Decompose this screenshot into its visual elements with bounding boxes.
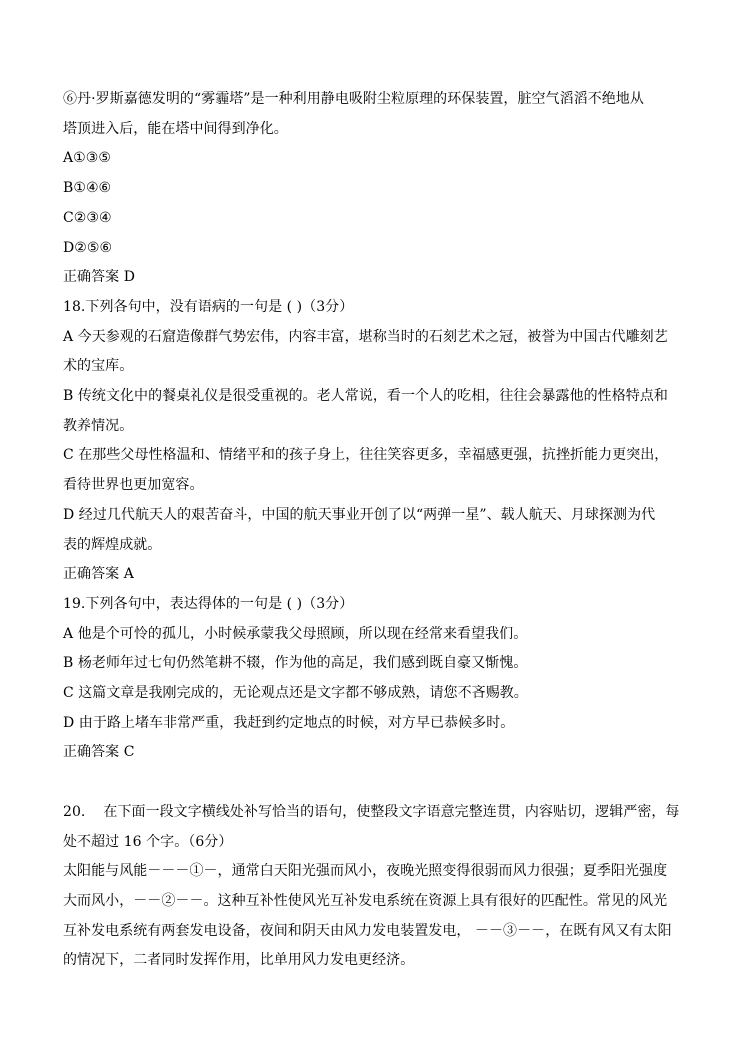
doc-line-q19-option-c: C 这篇文章是我刚完成的，无论观点还是文字都不够成熟，请您不吝赐教。 xyxy=(63,679,683,709)
doc-line-q18-option-a: A 今天参观的石窟造像群气势宏伟，内容丰富，堪称当时的石刻艺术之冠，被誉为中国古… xyxy=(63,323,683,353)
doc-line-option-b: B①④⑥ xyxy=(63,174,683,204)
doc-line-q18-option-d-cont: 表的辉煌成就。 xyxy=(63,531,683,561)
doc-line-question-18: 18.下列各句中，没有语病的一句是 ( )（3分） xyxy=(63,293,683,323)
doc-line-q19-option-a: A 他是个可怜的孤儿，小时候承蒙我父母照顾，所以现在经常来看望我们。 xyxy=(63,620,683,650)
document-page: ⑥丹·罗斯嘉德发明的“雾霾塔”是一种利用静电吸附尘粒原理的环保装置，脏空气滔滔不… xyxy=(63,85,683,976)
doc-line-item6-statement-cont: 塔顶进入后，能在塔中间得到净化。 xyxy=(63,115,683,145)
doc-line-option-a: A①③⑤ xyxy=(63,144,683,174)
doc-line-q18-option-b-cont: 教养情况。 xyxy=(63,412,683,442)
doc-line-q18-option-d: D 经过几代航天人的艰苦奋斗，中国的航天事业开创了以“两弹一星”、载人航天、月球… xyxy=(63,501,683,531)
doc-line-question-20: 20. 在下面一段文字横线处补写恰当的语句，使整段文字语意完整连贯，内容贴切，逻… xyxy=(63,798,683,828)
doc-line-q20-passage-2: 大而风小，－－②－－。这种互补性使风光互补发电系统在资源上具有很好的匹配性。常见… xyxy=(63,887,683,917)
doc-line-question-20-cont: 处不超过 16 个字。（6分） xyxy=(63,828,683,858)
doc-line-blank xyxy=(63,768,683,798)
doc-line-q18-option-c: C 在那些父母性格温和、情绪平和的孩子身上，往往笑容更多，幸福感更强，抗挫折能力… xyxy=(63,441,683,471)
doc-line-q18-option-c-cont: 看待世界也更加宽容。 xyxy=(63,471,683,501)
doc-line-q19-option-b: B 杨老师年过七旬仍然笔耕不辍，作为他的高足，我们感到既自豪又惭愧。 xyxy=(63,649,683,679)
doc-line-item6-statement: ⑥丹·罗斯嘉德发明的“雾霾塔”是一种利用静电吸附尘粒原理的环保装置，脏空气滔滔不… xyxy=(63,85,683,115)
doc-line-q20-passage-3: 互补发电系统有两套发电设备，夜间和阴天由风力发电装置发电， －－③－－，在既有风… xyxy=(63,917,683,947)
doc-line-q18-option-a-cont: 术的宝库。 xyxy=(63,352,683,382)
doc-line-option-d: D②⑤⑥ xyxy=(63,234,683,264)
doc-line-q20-passage-1: 太阳能与风能－－－①－，通常白天阳光强而风小，夜晚光照变得很弱而风力很强；夏季阳… xyxy=(63,857,683,887)
doc-line-answer-d: 正确答案 D xyxy=(63,263,683,293)
doc-line-q18-option-b: B 传统文化中的餐桌礼仪是很受重视的。老人常说，看一个人的吃相，往往会暴露他的性… xyxy=(63,382,683,412)
doc-line-option-c: C②③④ xyxy=(63,204,683,234)
doc-line-question-19: 19.下列各句中，表达得体的一句是 ( )（3分） xyxy=(63,590,683,620)
doc-line-q19-option-d: D 由于路上堵车非常严重，我赶到约定地点的时候，对方早已恭候多时。 xyxy=(63,709,683,739)
doc-line-answer-a: 正确答案 A xyxy=(63,560,683,590)
doc-line-q20-passage-4: 的情况下，二者同时发挥作用，比单用风力发电更经济。 xyxy=(63,946,683,976)
doc-line-answer-c: 正确答案 C xyxy=(63,738,683,768)
